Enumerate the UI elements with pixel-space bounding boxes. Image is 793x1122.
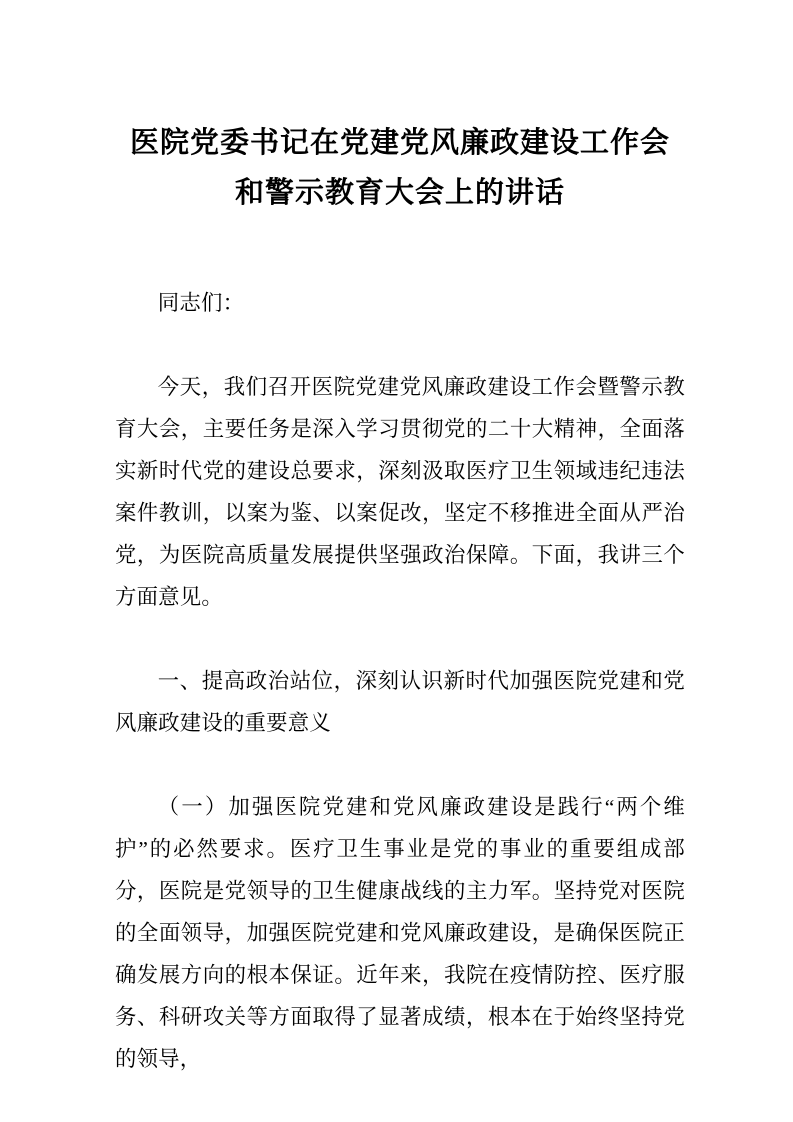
document-title: 医院党委书记在党建党风廉政建设工作会 和警示教育大会上的讲话	[115, 118, 685, 218]
title-line-2: 和警示教育大会上的讲话	[115, 168, 685, 218]
title-line-1: 医院党委书记在党建党风廉政建设工作会	[115, 118, 685, 168]
section-1-heading: 一、提高政治站位，深刻认识新时代加强医院党建和党风廉政建设的重要意义	[115, 660, 685, 744]
salutation-paragraph: 同志们：	[115, 282, 685, 324]
section-1-paragraph-1: （一）加强医院党建和党风廉政建设是践行“两个维护”的必然要求。医疗卫生事业是党的…	[115, 786, 685, 1080]
intro-paragraph: 今天，我们召开医院党建党风廉政建设工作会暨警示教育大会，主要任务是深入学习贯彻党…	[115, 366, 685, 618]
document-page: 医院党委书记在党建党风廉政建设工作会 和警示教育大会上的讲话 同志们： 今天，我…	[0, 0, 793, 1122]
document-body: 同志们： 今天，我们召开医院党建党风廉政建设工作会暨警示教育大会，主要任务是深入…	[115, 282, 685, 1080]
